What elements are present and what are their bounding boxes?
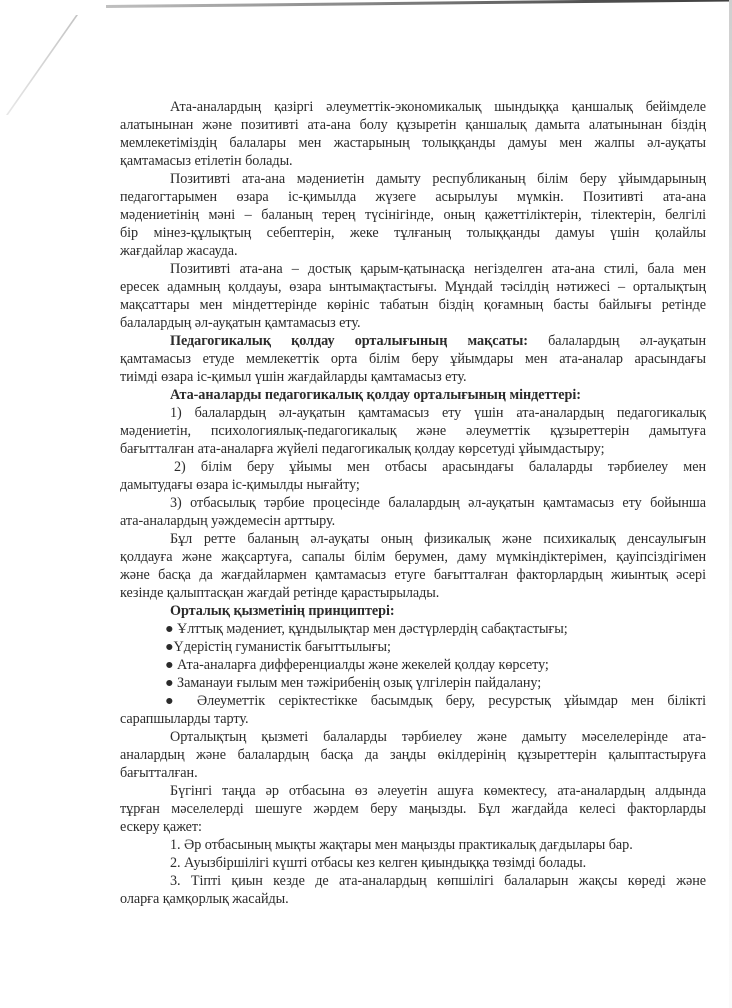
principle-item: ● Әлеуметтік серіктестікке басымдық беру… — [165, 692, 706, 710]
text-line: кезінде қалыптасқан жағдай ретінде қарас… — [120, 584, 706, 602]
bullet-icon: ● — [165, 693, 183, 709]
bullet-icon: ● — [165, 675, 174, 691]
text-line: қамтамасыз етілетін болады. — [120, 152, 706, 170]
factor-item: 2. Ауызбіршілігі күшті отбасы кез келген… — [170, 854, 706, 872]
text-line: тұрған мәселелерді шешуге жәрдем беру ма… — [120, 800, 706, 818]
factor-item: 1. Әр отбасының мықты жақтары мен маңызд… — [170, 836, 706, 854]
text-line: сарапшыларды тарту. — [120, 710, 706, 728]
text-line: Бүгінгі таңда әр отбасына өз әлеуетін аш… — [170, 782, 706, 800]
text-line: Бұл ретте баланың әл-ауқаты оның физикал… — [170, 530, 706, 548]
text-line: 2) білім беру ұйымы мен отбасы арасындағ… — [174, 458, 706, 476]
text-line: ересек адамның қолдауы, өзара ынтымақтас… — [120, 278, 706, 296]
text-line: оларға қамқорлық жасайды. — [120, 890, 706, 908]
text-line: Педагогикалық қолдау орталығының мақсаты… — [170, 332, 706, 350]
scanned-document-page: Ата-аналардың қазіргі әлеуметтік-экономи… — [0, 0, 732, 1008]
tasks-heading: Ата-аналарды педагогикалық қолдау орталы… — [170, 386, 706, 404]
text-line: аналардың және балалардың басқа да заңды… — [120, 746, 706, 764]
text-line: ескеру қажет: — [120, 818, 706, 836]
text-line: Позитивті ата-ана мәдениетін дамыту респ… — [170, 170, 706, 188]
text-line: бір мінез-құлықтың себептерін, жеке тұлғ… — [120, 224, 706, 242]
principle-item: ● Заманауи ғылым мен тәжірибенің озық үл… — [165, 674, 706, 692]
text-line: балалардың әл-ауқатын қамтамасыз ету. — [120, 314, 706, 332]
text-line: 3) отбасылық тәрбие процесінде балаларды… — [170, 494, 706, 512]
text-line: жағдайлар жасауда. — [120, 242, 706, 260]
text-line: қолдауға және жақсартуға, сапалы білім б… — [120, 548, 706, 566]
principle-item: ● Ата-аналарға дифференциалды және жекел… — [165, 656, 706, 674]
text-line: және басқа да жағдайлармен қамтамасыз ет… — [120, 566, 706, 584]
text-line: Орталықтың қызметі балаларды тәрбиелеу ж… — [170, 728, 706, 746]
text-line: ата-аналардың уәждемесін арттыру. — [120, 512, 706, 530]
goal-label: Педагогикалық қолдау орталығының мақсаты… — [170, 333, 528, 349]
bullet-icon: ● — [165, 657, 174, 673]
text-line: мәдениетінің мәні – баланың терең түсіні… — [120, 206, 706, 224]
text-line: Ата-аналардың қазіргі әлеуметтік-экономи… — [170, 98, 706, 116]
principle-item: ● Ұлттық мәдениет, құндылықтар мен дәстү… — [165, 620, 706, 638]
goal-text-start: балалардың әл-ауқатын — [528, 333, 706, 349]
text-line: мәдениетін, психологиялық-педагогикалық … — [120, 422, 706, 440]
text-line: Позитивті ата-ана – достық қарым-қатынас… — [170, 260, 706, 278]
bullet-icon: ● — [165, 639, 174, 655]
text-line: бағытталған ата-аналарға жүйелі педагоги… — [120, 440, 706, 458]
text-line: бағытталған. — [120, 764, 706, 782]
bullet-icon: ● — [165, 621, 174, 637]
scan-edge-fold — [6, 15, 78, 115]
text-line: дамытудағы өзара іс-қимылды нығайту; — [120, 476, 706, 494]
text-line: мақсаттары мен міндеттерінде көрініс таб… — [120, 296, 706, 314]
principle-item: ●Үдерістің гуманистік бағыттылығы; — [165, 638, 706, 656]
text-line: алатынынан және позитивті ата-ана болу қ… — [120, 116, 706, 134]
text-line: тиімді өзара іс-қимыл үшін жағдайларды қ… — [120, 368, 706, 386]
text-line: 1) балалардың әл-ауқатын қамтамасыз ету … — [170, 404, 706, 422]
principles-heading: Орталық қызметінің принциптері: — [170, 602, 706, 620]
scan-edge-top — [106, 0, 732, 8]
text-line: мемлекетіміздің балалары мен жастарының … — [120, 134, 706, 152]
text-line: қамтамасыз етуде мемлекеттік орта білім … — [120, 350, 706, 368]
text-line: педагогтарымен өзара іс-қимылда жүзеге а… — [120, 188, 706, 206]
factor-item: 3. Тіпті қиын кезде де ата-аналардың көп… — [170, 872, 706, 890]
